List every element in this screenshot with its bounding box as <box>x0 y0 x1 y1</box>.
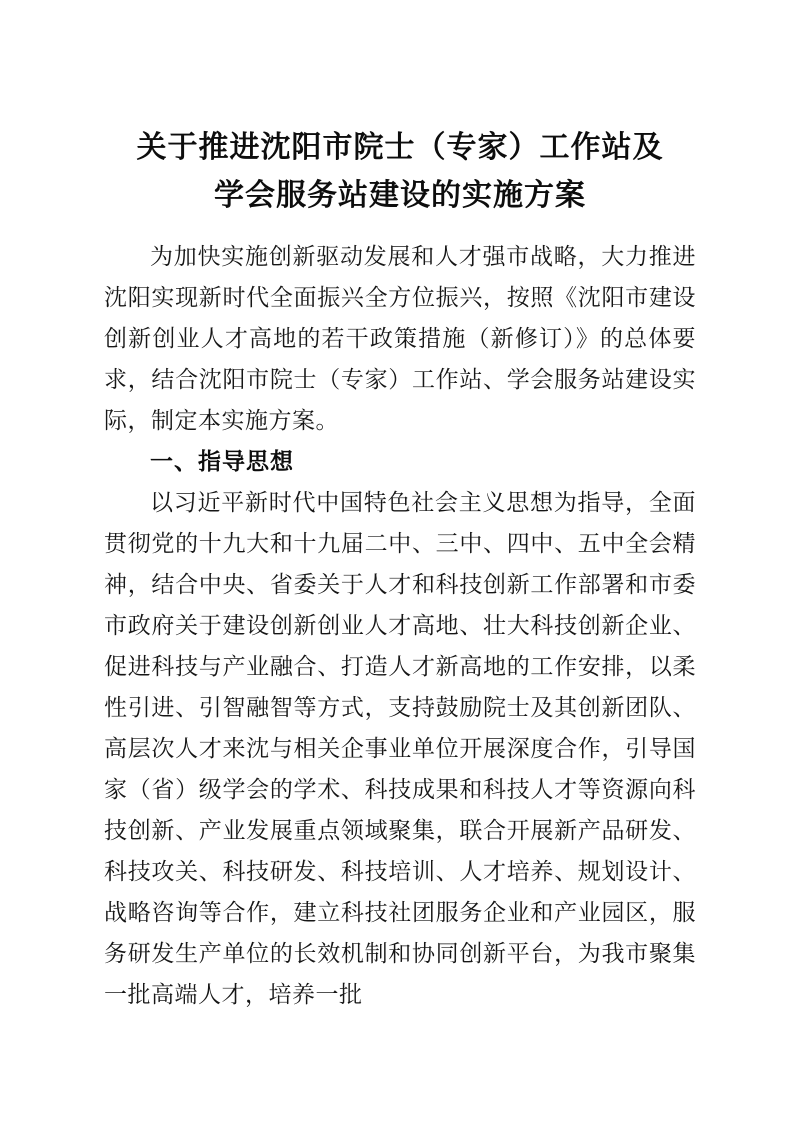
paragraph-intro: 为加快实施创新驱动发展和人才强市战略，大力推进沈阳实现新时代全面振兴全方位振兴，… <box>104 236 696 441</box>
document-title: 关于推进沈阳市院士（专家）工作站及 学会服务站建设的实施方案 <box>104 124 696 220</box>
document-page: 关于推进沈阳市院士（专家）工作站及 学会服务站建设的实施方案 为加快实施创新驱动… <box>0 0 800 1132</box>
document-title-line-2: 学会服务站建设的实施方案 <box>104 172 696 220</box>
paragraph-guiding-ideology: 以习近平新时代中国特色社会主义思想为指导，全面贯彻党的十九大和十九届二中、三中、… <box>104 482 696 1015</box>
document-title-line-1: 关于推进沈阳市院士（专家）工作站及 <box>104 124 696 172</box>
section-heading-guiding-ideology: 一、指导思想 <box>104 441 696 482</box>
document-content: 关于推进沈阳市院士（专家）工作站及 学会服务站建设的实施方案 为加快实施创新驱动… <box>0 124 800 1015</box>
